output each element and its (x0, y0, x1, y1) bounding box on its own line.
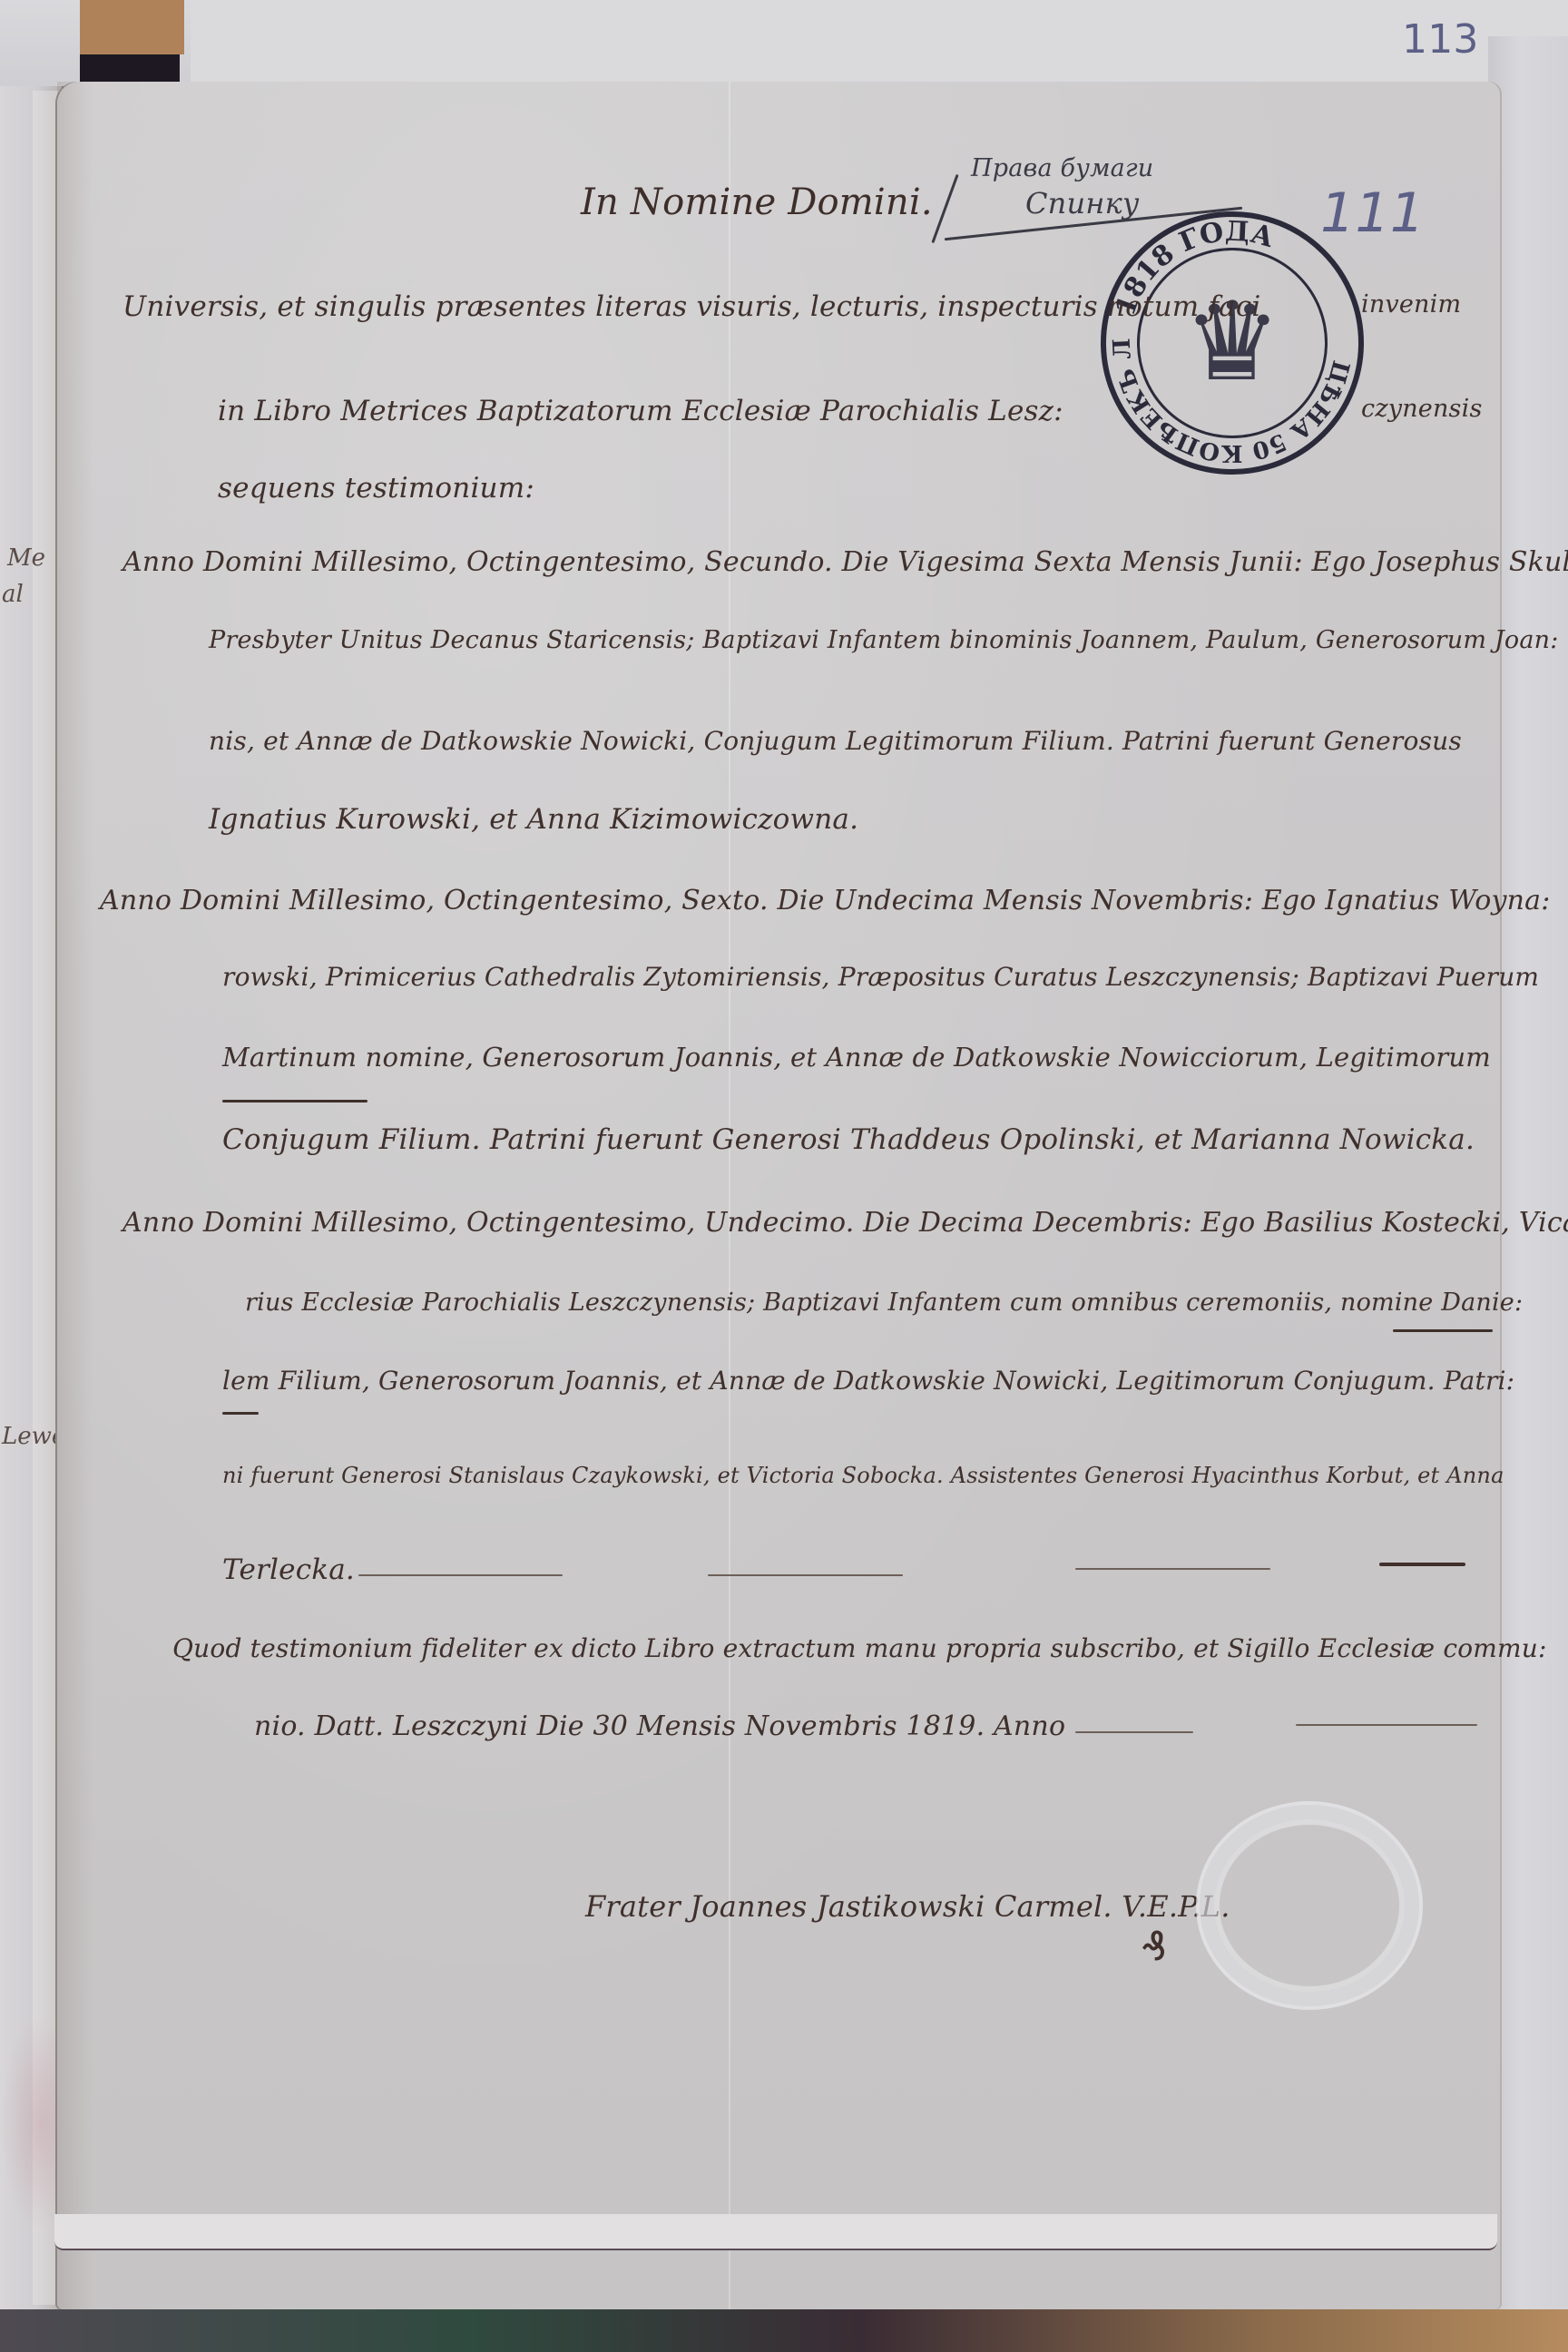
closing-line-1: Quod testimonium fideliter ex dicto Libr… (172, 1633, 1547, 1663)
filler-line (358, 1574, 563, 1576)
annotation-line-1: Права бумаги (971, 154, 1153, 182)
margin-fragment: Lewe (2, 1423, 65, 1450)
intro-line-3: sequens testimonium: (218, 472, 534, 505)
name-underline-martinum (222, 1100, 367, 1102)
intro-line-1-right: invenim (1361, 290, 1461, 318)
intro-line-2: in Libro Metrices Baptizatorum Ecclesiæ … (218, 395, 1063, 427)
page-fold-shadow (57, 82, 93, 2309)
filler-line (1379, 1563, 1465, 1566)
entry-2-line-4: Conjugum Filium. Patrini fuerunt Generos… (222, 1123, 1475, 1156)
entry-3-line-5: Terlecka. (222, 1553, 355, 1586)
background-bottom (0, 2309, 1568, 2352)
signature-flourish-icon: ₰ (1142, 1924, 1167, 1970)
background-wood-surface (80, 0, 184, 54)
margin-fragment: Me (7, 544, 45, 572)
margin-fragment: al (2, 581, 24, 608)
background-dark-gap (80, 54, 180, 83)
entry-1-line-4: Ignatius Kurowski, et Anna Kizimowiczown… (209, 803, 858, 836)
closing-line-2: nio. Datt. Leszczyni Die 30 Mensis Novem… (254, 1710, 1065, 1742)
intro-line-1: Universis, et singulis præsentes literas… (122, 290, 1261, 323)
name-underline-danielem (1393, 1329, 1493, 1332)
back-page-top (191, 0, 1568, 91)
entry-2-line-2: rowski, Primicerius Cathedralis Zytomiri… (222, 962, 1539, 992)
filler-line (1075, 1731, 1193, 1733)
intro-line-2-right: czynensis (1361, 395, 1483, 423)
entry-2-line-3: Martinum nomine, Generosorum Joannis, et… (222, 1042, 1491, 1073)
entry-1-line-1: Anno Domini Millesimo, Octingentesimo, S… (122, 546, 1568, 578)
stamp-inner-ring: ♛ (1137, 248, 1328, 438)
archive-page-number: 113 (1402, 16, 1479, 63)
signature: Frater Joannes Jastikowski Carmel. V.E.P… (585, 1889, 1230, 1924)
entry-3-line-4: ni fuerunt Generosi Stanislaus Czaykowsk… (222, 1463, 1504, 1488)
filler-line (708, 1574, 903, 1576)
entry-1-line-3: nis, et Annæ de Datkowskie Nowicki, Conj… (209, 726, 1462, 756)
embossed-parish-seal (1196, 1801, 1423, 2010)
entry-3-line-3: lem Filium, Generosorum Joannis, et Annæ… (222, 1366, 1514, 1396)
back-page-right (1488, 36, 1568, 2309)
entry-1-line-2: Presbyter Unitus Decanus Staricensis; Ba… (209, 626, 1559, 654)
entry-3-line-2: rius Ecclesiæ Parochialis Leszczynensis;… (245, 1289, 1523, 1317)
name-underline-danielem-cont (222, 1412, 259, 1415)
invocation-heading: In Nomine Domini. (581, 181, 933, 223)
entry-3-line-1: Anno Domini Millesimo, Octingentesimo, U… (122, 1207, 1568, 1239)
filler-line (1075, 1568, 1270, 1570)
filler-line (1296, 1724, 1477, 1726)
entry-2-line-1: Anno Domini Millesimo, Octingentesimo, S… (100, 885, 1551, 916)
stamp-duty-seal: 1818 ГОДА ЦѢНА 50 КОПѢЕКЪ ЛИСТЪ ♛ (1101, 211, 1364, 475)
torn-page-edge (54, 2214, 1497, 2250)
